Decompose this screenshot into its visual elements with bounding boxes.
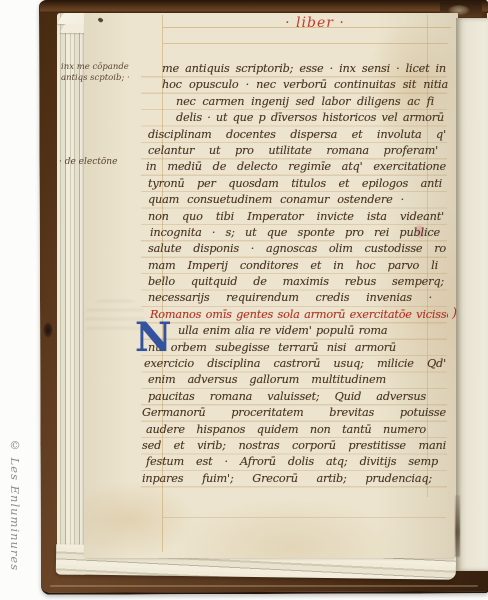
rubric-end-mark: ) — [452, 306, 457, 321]
ruling-line-horizontal — [163, 517, 446, 518]
manuscript-line: inpares fuim'; Grecorū artib; prudenciaq… — [140, 471, 448, 487]
manuscript-line: audere hispanos quidem non tantū numero — [140, 422, 448, 438]
margin-note-line: inx me cōpande — [61, 62, 141, 73]
manuscript-line: paucitas romana valuisset; Quid adversus — [140, 389, 448, 405]
manuscript-photo: © Les Enluminures · liber · inx me cōpan… — [0, 0, 488, 600]
manuscript-line: necessarijs requirendum credis invenias … — [140, 290, 448, 306]
margin-note-de-electione: · de electōne — [59, 157, 149, 167]
page-edges-left — [57, 13, 85, 575]
manuscript-line: delis · ut que p dīversos historicos vel… — [140, 110, 448, 126]
manuscript-line: incognita · s; ut que sponte pro rei pub… — [140, 225, 448, 241]
manuscript-line: enim adversus gallorum multitudinem — [140, 372, 448, 388]
photographer-credit: © Les Enluminures — [8, 438, 22, 598]
manuscript-line: tyronū per quosdam titulos et epilogos a… — [140, 176, 448, 192]
manuscript-line: bello quitquid de maximis rebus semperq; — [140, 274, 448, 290]
manuscript-line: in mediū de delecto regimīe atq' exercit… — [140, 159, 448, 175]
manuscript-line: disciplinam docentes dispersa et involut… — [140, 127, 448, 143]
binding-top-edge — [40, 0, 488, 13]
manuscript-line: non quo tibi Imperator invicte ista vide… — [140, 209, 448, 225]
manuscript-line: hoc opusculo · nec verborū continuitas s… — [140, 77, 448, 93]
binding-bottom-highlight — [50, 585, 478, 587]
manuscript-line: quam consuetudinem conamur ostendere · — [140, 192, 448, 208]
illuminated-initial: N — [135, 318, 172, 358]
text-block: me antiquis scriptorib; esse · inx sensi… — [140, 61, 448, 487]
running-title: · liber · — [255, 15, 375, 31]
manuscript-line: me antiquis scriptorib; esse · inx sensi… — [140, 61, 448, 77]
manuscript-line: sed et virib; nostras corporū prestitiss… — [140, 438, 448, 454]
binding-worn-spot — [43, 322, 53, 338]
manuscript-line: nū orbem subegisse terrarū nisi armorū — [140, 340, 448, 356]
rubric-line: Romanos omīs gentes sola armorū exercita… — [140, 307, 448, 323]
margin-note-comparison: inx me cōpande antiqs scptoib; · — [61, 62, 141, 84]
manuscript-line: nec carmen ingenij sed labor diligens ac… — [140, 94, 448, 110]
manuscript-line: festum est · Afrorū dolis atq; divitijs … — [140, 454, 448, 470]
ruling-line-horizontal — [163, 43, 448, 44]
gutter-facing-page — [456, 18, 488, 571]
gutter-shadow-streak — [455, 495, 460, 557]
manuscript-line: exercicio disciplina castrorū usuq; mili… — [140, 356, 448, 372]
manuscript-line: celantur ut pro utilitate romana profera… — [140, 143, 448, 159]
manuscript-line: Germanorū proceritatem brevitas potuisse — [140, 405, 448, 421]
margin-note-line: antiqs scptoib; · — [61, 73, 141, 84]
manuscript-line: salute disponis · agnoscas olim custodis… — [140, 241, 448, 257]
manuscript-line: mam Imperij conditores et in hoc parvo l… — [140, 258, 448, 274]
manuscript-line: ulla enim alia re videm' populū roma — [140, 323, 448, 339]
